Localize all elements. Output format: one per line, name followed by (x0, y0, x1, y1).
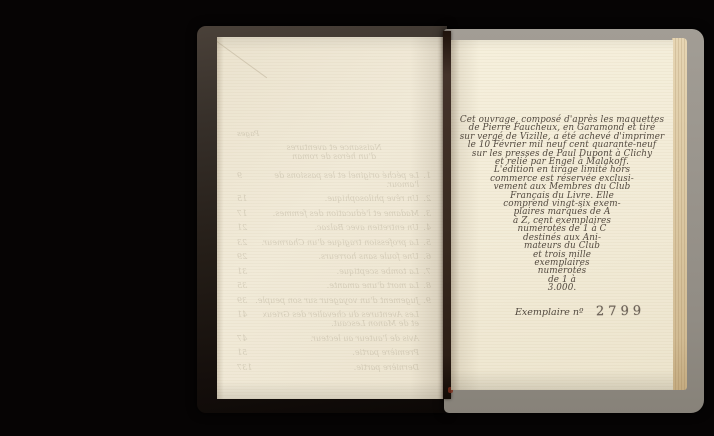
left-page: Pages Naissance et aventures d'un héros … (217, 37, 444, 399)
ghost-toc-showthrough: Pages Naissance et aventures d'un héros … (237, 129, 431, 372)
ghost-toc-entry: 8.La mort d'une amante.35 (237, 281, 431, 290)
ghost-toc-pg: 17 (237, 209, 247, 218)
ghost-toc-entry: Première partie.51 (237, 348, 431, 357)
ghost-toc-txt: La profession tragique d'un Charmeur. (250, 238, 419, 247)
ghost-toc-entry: 9.Jugement d'un voyageur sur son peuple.… (237, 296, 431, 305)
ghost-toc-txt: Avis de l'auteur au lecteur. (250, 334, 419, 343)
ghost-toc-entry: 3.Madame et l'éducation des femmes.17 (237, 209, 431, 218)
ghost-toc-num: 9. (419, 296, 431, 305)
ghost-toc-txt: Madame et l'éducation des femmes. (250, 209, 419, 218)
ghost-toc-pg: 51 (237, 348, 247, 357)
ghost-toc-txt: La mort d'une amante. (250, 281, 419, 290)
ghost-toc-pg: 39 (237, 296, 247, 305)
ghost-toc-num: 8. (419, 281, 431, 290)
ghost-toc-pg: 137 (237, 363, 252, 372)
ghost-toc-txt: La tombe sceptique. (250, 267, 419, 276)
ghost-toc-num: 1. (419, 171, 431, 189)
ghost-toc-pg: 31 (237, 267, 247, 276)
ghost-toc-entry: 7.La tombe sceptique.31 (237, 267, 431, 276)
ghost-toc-num: 6. (419, 252, 431, 261)
exemplaire-row: Exemplaire nº 2799 (515, 304, 645, 319)
ghost-toc-pg: 15 (237, 194, 247, 203)
ghost-toc-entry: Les Aventures du chevalier des Grieux et… (237, 310, 431, 328)
right-page: Cet ouvrage, composé d'après les maquett… (451, 40, 673, 390)
ghost-title-gap (237, 161, 431, 165)
ghost-toc-num: 4. (419, 223, 431, 232)
ghost-toc-txt: Une foule sans horreurs. (250, 252, 419, 261)
colophon-line: 3.000. (451, 284, 673, 292)
ghost-toc-title-line: Naissance et aventures (237, 143, 431, 152)
ghost-toc-num: 3. (419, 209, 431, 218)
ghost-toc-txt: Un rêve philosophique. (250, 194, 419, 203)
ghost-toc-num (419, 334, 431, 343)
ghost-toc-entry: 2.Un rêve philosophique.15 (237, 194, 431, 203)
ghost-toc-entry: 5.La profession tragique d'un Charmeur.2… (237, 238, 431, 247)
ghost-toc-entry: Dernière partie.137 (237, 363, 431, 372)
ghost-toc-list: 1.Le péché originel et les passions de l… (237, 171, 431, 372)
ghost-toc-num (419, 310, 431, 328)
photo-stage: Pages Naissance et aventures d'un héros … (0, 0, 714, 436)
ghost-toc-txt: Les Aventures du chevalier des Grieux et… (250, 310, 419, 328)
ghost-toc-txt: Le péché originel et les passions de l'a… (245, 171, 419, 189)
ghost-toc-num: 2. (419, 194, 431, 203)
book-gutter (443, 31, 451, 399)
ghost-toc-pg: 9 (237, 171, 242, 189)
ghost-toc-title-line: d'un héros de roman (237, 152, 431, 161)
copy-number-stamp: 2799 (595, 304, 644, 320)
ghost-toc-entry: Avis de l'auteur au lecteur.47 (237, 334, 431, 343)
ghost-toc-pg: 41 (237, 310, 247, 328)
ghost-toc-num (419, 348, 431, 357)
ghost-toc-entry: 1.Le péché originel et les passions de l… (237, 171, 431, 189)
ghost-toc-entry: 6.Une foule sans horreurs.29 (237, 252, 431, 261)
ghost-toc-pg: 29 (237, 252, 247, 261)
exemplaire-label: Exemplaire nº (515, 307, 584, 318)
ghost-toc-num (419, 363, 431, 372)
ghost-toc-pg: 35 (237, 281, 247, 290)
ghost-toc-txt: Dernière partie. (255, 363, 419, 372)
ghost-toc-num: 7. (419, 267, 431, 276)
ghost-toc-pg: 23 (237, 238, 247, 247)
ghost-pages-header: Pages (237, 129, 431, 138)
colophon: Cet ouvrage, composé d'après les maquett… (451, 116, 673, 293)
ghost-toc-pg: 21 (237, 223, 247, 232)
book-fore-edge-page-stack (672, 38, 687, 390)
ghost-toc-entry: 4.Un entretien avec Balzac.21 (237, 223, 431, 232)
ghost-toc-pg: 47 (237, 334, 247, 343)
ghost-toc-txt: Jugement d'un voyageur sur son peuple. (250, 296, 419, 305)
ghost-toc-txt: Un entretien avec Balzac. (250, 223, 419, 232)
ghost-toc-num: 5. (419, 238, 431, 247)
ghost-toc-txt: Première partie. (250, 348, 419, 357)
page-crease (216, 41, 267, 78)
